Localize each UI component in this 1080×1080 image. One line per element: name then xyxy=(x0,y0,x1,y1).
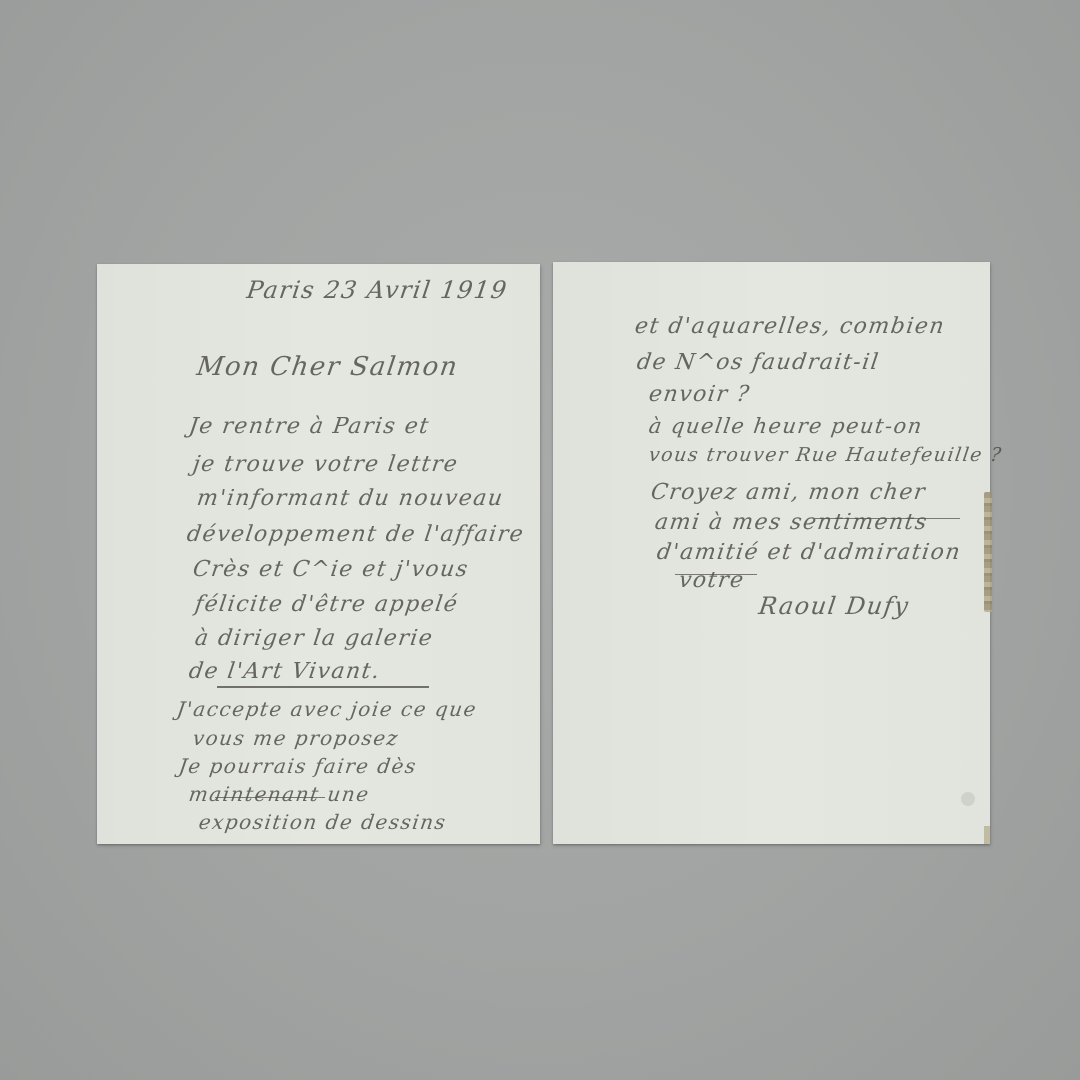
letter-line: de l'Art Vivant. xyxy=(187,659,382,684)
salutation: Mon Cher Salmon xyxy=(195,352,460,382)
letter-line: Je pourrais faire dès xyxy=(177,754,418,778)
letter-line: exposition de dessins xyxy=(197,810,448,834)
letter-line: vous trouver Rue Hautefeuille ? xyxy=(647,444,1003,466)
letter-line: envoir ? xyxy=(647,382,752,407)
letter-line: d'amitié et d'admiration xyxy=(655,540,963,565)
letter-line: à diriger la galerie xyxy=(193,626,435,651)
letter-line: ami à mes sentiments xyxy=(653,510,929,535)
strikethrough-mark xyxy=(675,574,757,575)
letter-line: maintenant une xyxy=(187,782,371,806)
letter-line: J'accepte avec joie ce que xyxy=(175,697,478,721)
letter-line: Croyez ami, mon cher xyxy=(649,480,927,505)
letter-line: félicite d'être appelé xyxy=(193,592,460,617)
letter-line: et d'aquarelles, combien xyxy=(633,314,947,339)
letter-line: à quelle heure peut-on xyxy=(647,414,924,438)
letter-page-1: Paris 23 Avril 1919 Mon Cher Salmon Je r… xyxy=(97,264,540,844)
letter-line: votre xyxy=(677,568,746,593)
letter-page-2: et d'aquarelles, combien de N^os faudrai… xyxy=(553,262,990,844)
letter-line: Crès et C^ie et j'vous xyxy=(191,557,470,582)
letter-line: vous me proposez xyxy=(191,726,400,750)
dateline: Paris 23 Avril 1919 xyxy=(245,276,510,304)
paper-spot xyxy=(961,792,975,806)
letter-line: je trouve votre lettre xyxy=(191,452,460,477)
torn-edge xyxy=(984,492,992,612)
letter-line: développement de l'affaire xyxy=(185,522,526,547)
letter-line: m'informant du nouveau xyxy=(195,486,505,511)
letter-line: de N^os faudrait-il xyxy=(635,350,881,375)
letter-line: Je rentre à Paris et xyxy=(187,414,431,439)
signature: Raoul Dufy xyxy=(757,592,911,620)
strikethrough-mark xyxy=(215,797,325,798)
worn-corner xyxy=(984,826,990,844)
strikethrough-mark xyxy=(815,518,960,519)
art-vivant-underline xyxy=(217,686,429,688)
